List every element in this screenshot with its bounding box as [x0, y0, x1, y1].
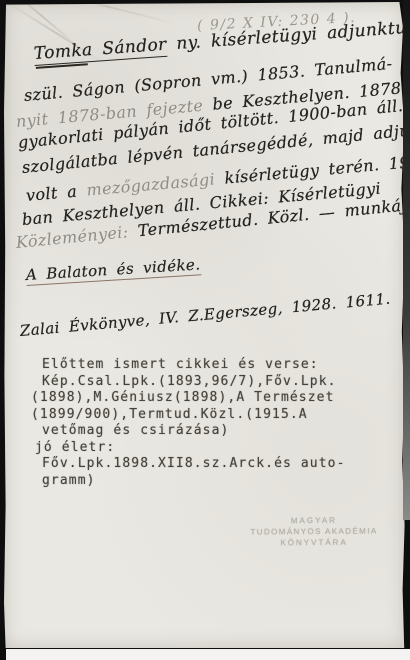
library-stamp: MAGYAR TUDOMÁNYOS AKADÉMIA KÖNYVTÁRA: [236, 514, 392, 548]
typewritten-line: Kép.Csal.Lpk.(1893,96/7),Főv.Lpk.: [42, 374, 346, 391]
ink-segment: volt a: [25, 181, 87, 205]
typewritten-line: vetőmag és csirázása): [42, 423, 346, 440]
typewritten-line: jó életr:: [35, 440, 346, 457]
paper-crease: [36, 0, 182, 26]
card-paper: ( 9/2 X IV: 230 4 ). Tomka Sándor ny. kí…: [4, 2, 405, 648]
typewritten-line: (1899/900),Termtud.Közl.(1915.A: [31, 407, 346, 424]
stamp-line: TUDOMÁNYOS AKADÉMIA: [236, 525, 392, 537]
handwritten-work-title: A Balaton és vidéke.: [25, 255, 200, 284]
typewritten-line: Főv.Lpk.1898.XII8.sz.Arck.és auto-: [42, 456, 346, 473]
scanned-index-card: ( 9/2 X IV: 230 4 ). Tomka Sándor ny. kí…: [0, 0, 410, 660]
stamp-line: KÖNYVTÁRA: [236, 536, 392, 548]
typewritten-note: Előttem ismert cikkei és verse: Kép.Csal…: [30, 357, 346, 489]
ink-segment: kísérletügy terén. 1918-: [224, 150, 410, 187]
scanner-background: [6, 649, 410, 660]
typewritten-line: gramm): [42, 473, 346, 490]
typewritten-line: Előttem ismert cikkei és verse:: [42, 357, 346, 374]
person-name-underlined: Tomka Sándor: [33, 35, 167, 66]
typewritten-line: (1898),M.Géniusz(1898),A Természet: [31, 390, 346, 407]
handwritten-citation: Zalai Évkönyve, IV. Z.Egerszeg, 1928. 16…: [19, 290, 391, 340]
underlined-title: A Balaton és vidéke.: [25, 255, 201, 286]
torn-edge-shadow: [403, 0, 410, 520]
